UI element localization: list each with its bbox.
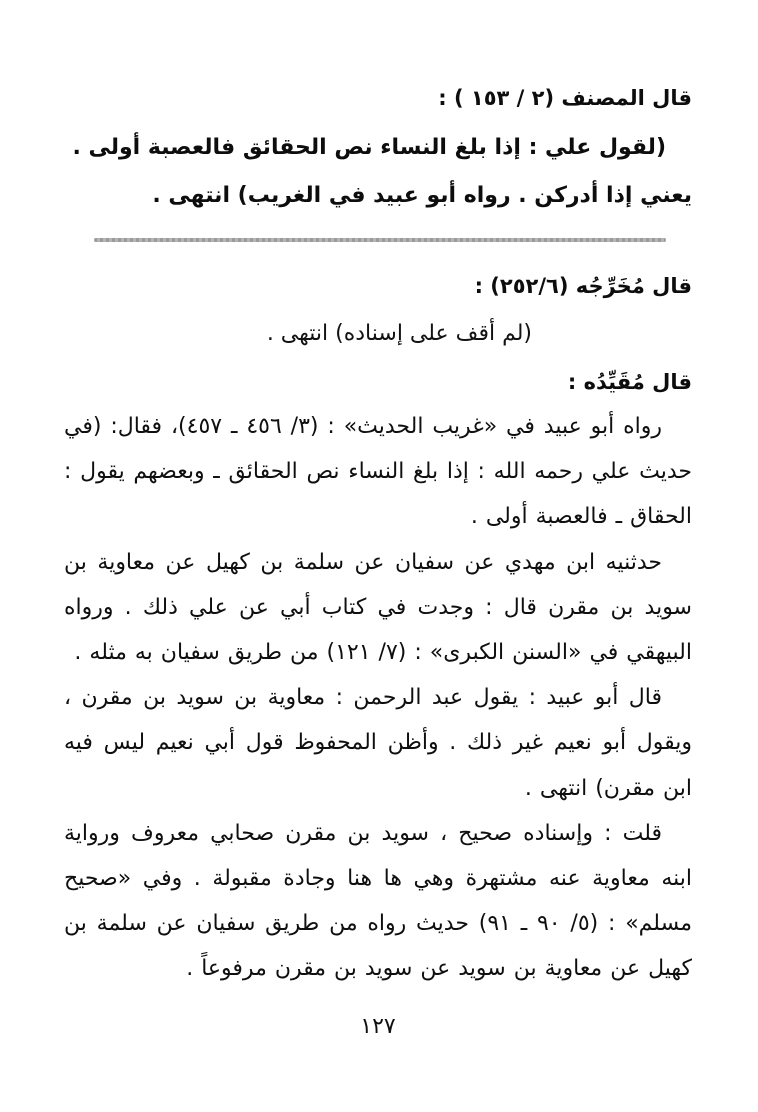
muqayyid-heading: قال مُقَيِّدُه : xyxy=(64,368,692,396)
body-paragraph-4: قلت : وإسناده صحيح ، سويد بن مقرن صحابي … xyxy=(64,811,692,992)
body-paragraph-3: قال أبو عبيد : يقول عبد الرحمن : معاوية … xyxy=(64,675,692,811)
body-paragraph-2: حدثنيه ابن مهدي عن سفيان عن سلمة بن كهيل… xyxy=(64,540,692,676)
body-paragraph-1: رواه أبو عبيد في «غريب الحديث» : (٣/ ٤٥٦… xyxy=(64,404,692,540)
musannif-heading: قال المصنف (٢ / ١٥٣ ) : xyxy=(64,84,692,112)
musannif-quote-line-2: يعني إذا أدركن . رواه أبو عبيد في الغريب… xyxy=(64,176,692,216)
mukharrij-heading: قال مُخَرِّجُه (٢٥٢/٦) : xyxy=(64,272,692,300)
mukharrij-quote: (لم أقف على إسناده) انتهى . xyxy=(64,314,532,354)
page-number: ١٢٧ xyxy=(64,1014,692,1039)
section-divider xyxy=(94,238,666,242)
book-page: قال المصنف (٢ / ١٥٣ ) : (لقول علي : إذا … xyxy=(0,0,758,1112)
muqayyid-body: رواه أبو عبيد في «غريب الحديث» : (٣/ ٤٥٦… xyxy=(64,404,692,992)
musannif-quote-line-1: (لقول علي : إذا بلغ النساء نص الحقائق فا… xyxy=(64,128,666,168)
